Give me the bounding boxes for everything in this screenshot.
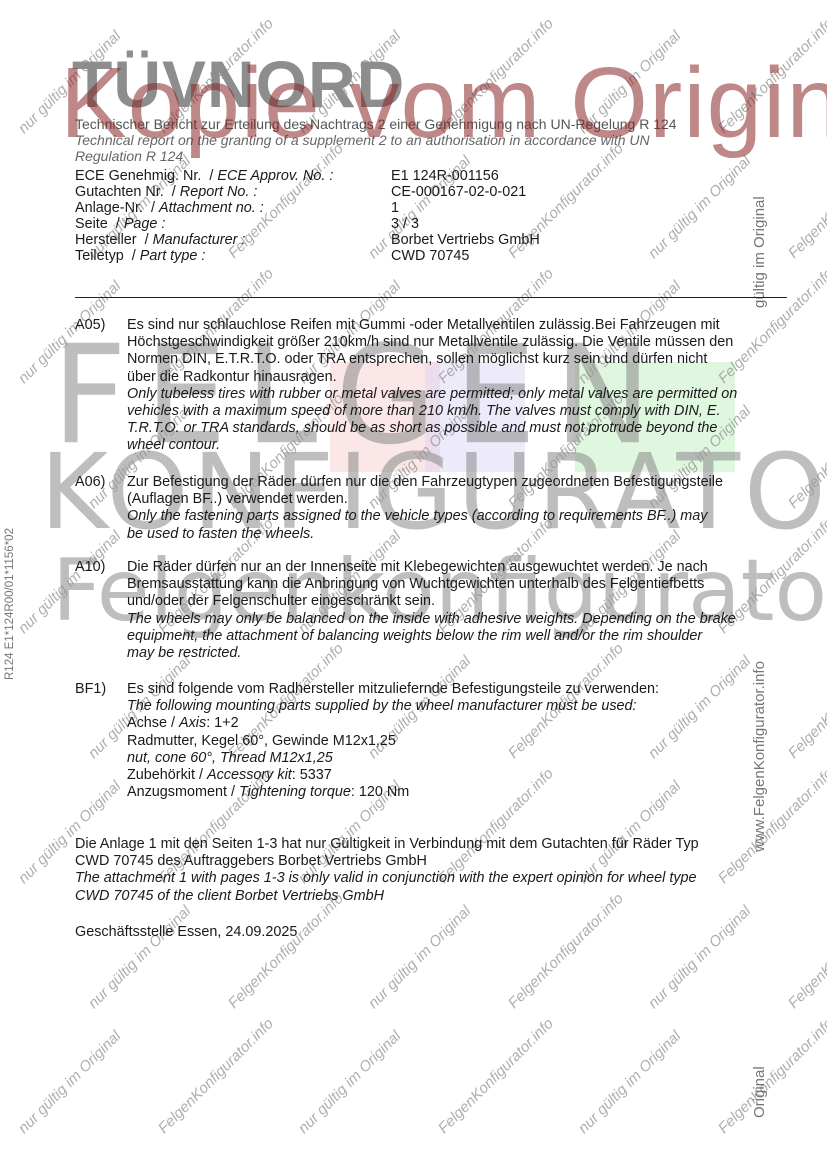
axis-label-de: Achse /: [127, 715, 179, 731]
diagonal-watermark: FelgenKonfigurator.info: [155, 1015, 277, 1137]
section-a10-de-1: Die Räder dürfen nur an der Innenseite m…: [127, 559, 792, 576]
section-a10-de-3: und/oder der Felgenschulter eingeschränk…: [127, 593, 792, 610]
meta-label-en: Page :: [124, 216, 166, 232]
kit-line: Zubehörkit / Accessory kit: 5337: [127, 767, 792, 784]
meta-label: Seite / Page :: [75, 216, 165, 232]
diagonal-watermark: FelgenKonfigurator.info: [715, 15, 827, 137]
diagonal-watermark: FelgenKonfigurator.info: [785, 890, 827, 1012]
section-a10-en-1: The wheels may only be balanced on the i…: [127, 611, 792, 628]
section-bf1-en-1: The following mounting parts supplied by…: [127, 698, 792, 715]
meta-label: ECE Genehmig. Nr. / ECE Approv. No. :: [75, 168, 333, 184]
section-a10-de-2: Bremsausstattung kann die Anbringung von…: [127, 576, 792, 593]
section-a06-de-1: Zur Befestigung der Räder dürfen nur die…: [127, 474, 792, 491]
meta-label-de: Gutachten Nr.: [75, 184, 164, 200]
meta-label-de: Hersteller: [75, 232, 137, 248]
tuv-nord-logo: TÜVNORD: [72, 46, 405, 122]
section-bf1-de-1: Es sind folgende vom Radhersteller mitzu…: [127, 681, 792, 698]
header-divider: [75, 297, 787, 298]
place-and-date: Geschäftsstelle Essen, 24.09.2025: [75, 924, 297, 941]
section-a10-en-3: may be restricted.: [127, 645, 792, 662]
report-title-en-cont: Regulation R 124: [75, 148, 183, 164]
closing-en-1: The attachment 1 with pages 1-3 is only …: [75, 870, 790, 887]
diagonal-watermark: nur gültig im Original: [15, 278, 124, 387]
section-a06-en-1: Only the fastening parts assigned to the…: [127, 508, 792, 525]
meta-separator: /: [164, 184, 180, 200]
axis-value: : 1+2: [206, 715, 238, 731]
diagonal-watermark: nur gültig im Original: [15, 1028, 124, 1137]
diagonal-watermark: nur gültig im Original: [15, 528, 124, 637]
diagonal-watermark: nur gültig im Original: [295, 1028, 404, 1137]
left-margin-approval-code: R124 E1*124R00/01*1156*02: [4, 528, 16, 680]
section-a06-en-2: be used to fasten the wheels.: [127, 526, 792, 543]
section-bf1: Es sind folgende vom Radhersteller mitzu…: [127, 681, 792, 801]
section-id-a06: A06): [75, 474, 105, 491]
meta-label-en: ECE Approv. No. :: [217, 168, 333, 184]
axis-line: Achse / Axis: 1+2: [127, 715, 792, 732]
axis-label-en: Axis: [179, 715, 206, 731]
torque-label-de: Anzugsmoment /: [127, 784, 239, 800]
section-a05-de-4: über die Radkontur hinausragen.: [127, 369, 792, 386]
section-a06-de-2: (Auflagen BF..) verwendet werden.: [127, 491, 792, 508]
meta-separator: /: [137, 232, 153, 248]
section-id-bf1: BF1): [75, 681, 106, 698]
side-watermark-bottom: Original: [751, 1066, 768, 1118]
meta-label-en: Attachment no. :: [159, 200, 264, 216]
kit-label-en: Accessory kit: [207, 767, 292, 783]
nut-spec-de: Radmutter, Kegel 60°, Gewinde M12x1,25: [127, 733, 792, 750]
diagonal-watermark: nur gültig im Original: [85, 903, 194, 1012]
meta-label: Gutachten Nr. / Report No. :: [75, 184, 257, 200]
meta-value: CE-000167-02-0-021: [391, 184, 526, 200]
section-a05-de-1: Es sind nur schlauchlose Reifen mit Gumm…: [127, 317, 792, 334]
meta-value: 1: [391, 200, 399, 216]
diagonal-watermark: FelgenKonfigurator.info: [785, 140, 827, 262]
meta-separator: /: [143, 200, 159, 216]
meta-label-en: Report No. :: [180, 184, 258, 200]
meta-label-de: Seite: [75, 216, 108, 232]
meta-label: Anlage-Nr. / Attachment no. :: [75, 200, 264, 216]
closing-en-2: CWD 70745 of the client Borbet Vertriebs…: [75, 888, 790, 905]
side-watermark-top: gültig im Original: [751, 196, 768, 308]
section-a05-de-2: Höchstgeschwindigkeit größer 210km/h sin…: [127, 334, 792, 351]
section-a10-en-2: equipment, the attachment of balancing w…: [127, 628, 792, 645]
diagonal-watermark: FelgenKonfigurator.info: [715, 1015, 827, 1137]
report-title-de: Technischer Bericht zur Erteilung des Na…: [75, 116, 677, 132]
diagonal-watermark: FelgenKonfigurator.info: [435, 1015, 557, 1137]
meta-separator: /: [201, 168, 217, 184]
section-a06: Zur Befestigung der Räder dürfen nur die…: [127, 474, 792, 543]
meta-label-de: ECE Genehmig. Nr.: [75, 168, 201, 184]
torque-label-en: Tightening torque: [239, 784, 351, 800]
torque-value: : 120 Nm: [351, 784, 409, 800]
meta-separator: /: [108, 216, 124, 232]
meta-label-de: Anlage-Nr.: [75, 200, 143, 216]
closing-de-1: Die Anlage 1 mit den Seiten 1-3 hat nur …: [75, 836, 790, 853]
section-a05-en-2: vehicles with a maximum speed of more th…: [127, 403, 792, 420]
meta-value: Borbet Vertriebs GmbH: [391, 232, 540, 248]
meta-label-en: Part type :: [140, 248, 206, 264]
diagonal-watermark: nur gültig im Original: [365, 903, 474, 1012]
kit-value: : 5337: [292, 767, 332, 783]
torque-line: Anzugsmoment / Tightening torque: 120 Nm: [127, 784, 792, 801]
meta-label-de: Teiletyp: [75, 248, 124, 264]
meta-value: CWD 70745: [391, 248, 469, 264]
nut-spec-en: nut, cone 60°, Thread M12x1,25: [127, 750, 792, 767]
kit-label-de: Zubehörkit /: [127, 767, 207, 783]
section-a05-de-3: Normen DIN, E.T.R.T.O. oder TRA entsprec…: [127, 351, 792, 368]
section-a05-en-4: wheel contour.: [127, 437, 792, 454]
meta-label: Hersteller / Manufacturer :: [75, 232, 245, 248]
section-a05: Es sind nur schlauchlose Reifen mit Gumm…: [127, 317, 792, 455]
section-a05-en-3: T.R.T.O. or TRA standards, should be as …: [127, 420, 792, 437]
diagonal-watermark: nur gültig im Original: [645, 903, 754, 1012]
meta-value: 3 / 3: [391, 216, 419, 232]
meta-value: E1 124R-001156: [391, 168, 499, 184]
meta-label-en: Manufacturer :: [153, 232, 246, 248]
report-title-en: Technical report on the granting of a su…: [75, 132, 650, 148]
closing-de-2: CWD 70745 des Auftraggebers Borbet Vertr…: [75, 853, 790, 870]
section-a05-en-1: Only tubeless tires with rubber or metal…: [127, 386, 792, 403]
diagonal-watermark: nur gültig im Original: [575, 1028, 684, 1137]
closing-statement: Die Anlage 1 mit den Seiten 1-3 hat nur …: [75, 836, 790, 905]
diagonal-watermark: nur gültig im Original: [645, 153, 754, 262]
meta-separator: /: [124, 248, 140, 264]
diagonal-watermark: FelgenKonfigurator.info: [225, 890, 347, 1012]
section-id-a05: A05): [75, 317, 105, 334]
meta-label: Teiletyp / Part type :: [75, 248, 205, 264]
section-id-a10: A10): [75, 559, 105, 576]
section-a10: Die Räder dürfen nur an der Innenseite m…: [127, 559, 792, 662]
diagonal-watermark: FelgenKonfigurator.info: [505, 890, 627, 1012]
